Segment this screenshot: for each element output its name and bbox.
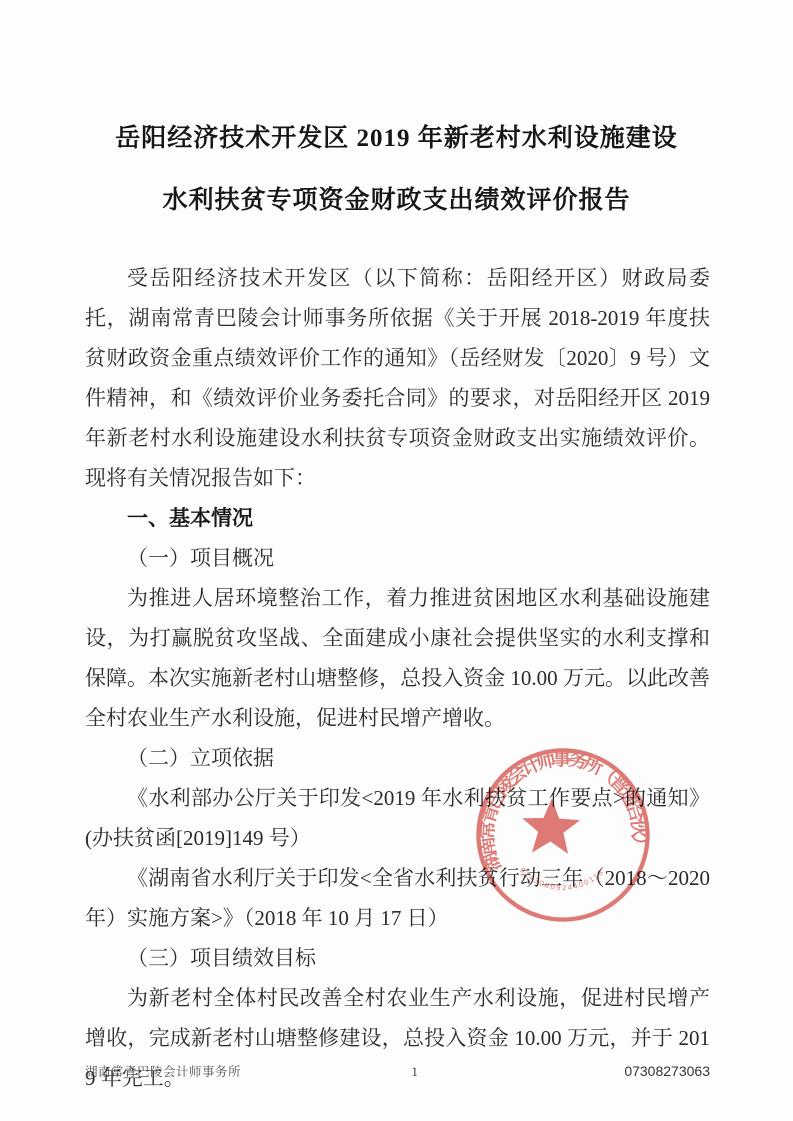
footer-page-number: 1 [411, 1064, 418, 1080]
section-heading-basic-info: 一、基本情况 [85, 498, 710, 538]
paragraph-basis-2: 《湖南省水利厅关于印发<全省水利扶贫行动三年（2018～2020 年）实施方案>… [85, 858, 710, 938]
document-title: 岳阳经济技术开发区 2019 年新老村水利设施建设 水利扶贫专项资金财政支出绩效… [0, 0, 793, 232]
paragraph-performance-goal: 为新老村全体村民改善全村农业生产水利设施，促进村民增产增收，完成新老村山塘整修建… [85, 978, 710, 1098]
page-footer: 湖南常青巴陵会计师事务所 1 07308273063 [85, 1062, 710, 1080]
paragraph-intro: 受岳阳经济技术开发区（以下简称：岳阳经开区）财政局委托，湖南常青巴陵会计师事务所… [85, 258, 710, 498]
document-title-line1: 岳阳经济技术开发区 2019 年新老村水利设施建设 [0, 108, 793, 170]
subheading-project-basis: （二）立项依据 [85, 738, 710, 778]
footer-phone-number: 07308273063 [624, 1063, 710, 1079]
footer-company-name: 湖南常青巴陵会计师事务所 [85, 1062, 241, 1080]
document-page: 岳阳经济技术开发区 2019 年新老村水利设施建设 水利扶贫专项资金财政支出绩效… [0, 0, 793, 1121]
document-title-line2: 水利扶贫专项资金财政支出绩效评价报告 [0, 170, 793, 232]
paragraph-project-overview: 为推进人居环境整治工作，着力推进贫困地区水利基础设施建设，为打赢脱贫攻坚战、全面… [85, 578, 710, 738]
subheading-project-overview: （一）项目概况 [85, 538, 710, 578]
subheading-performance-goal: （三）项目绩效目标 [85, 938, 710, 978]
document-body: 受岳阳经济技术开发区（以下简称：岳阳经开区）财政局委托，湖南常青巴陵会计师事务所… [0, 258, 793, 1098]
paragraph-basis-1: 《水利部办公厅关于印发<2019 年水利扶贫工作要点>的通知》(办扶贫函[201… [85, 778, 710, 858]
